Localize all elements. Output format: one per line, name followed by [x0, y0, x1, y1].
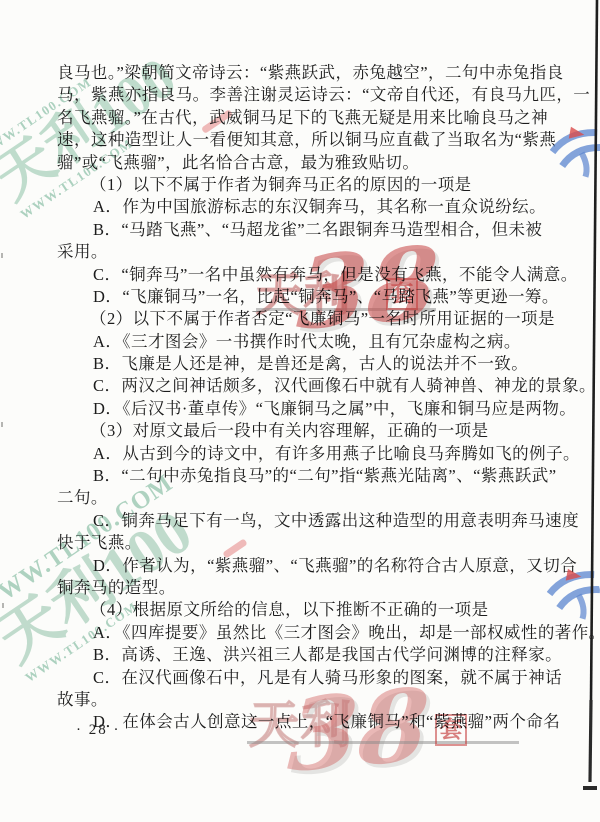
option-line: A．作为中国旅游标志的东汉铜奔马，其名称一直众说纷纭。 — [57, 196, 545, 218]
question-line: （4）根据原文所给的信息，以下推断不正确的一项是 — [57, 599, 545, 621]
page-number: · 28 · — [76, 722, 121, 739]
text-line: 采用。 — [57, 241, 545, 263]
text-line: 二句。 — [57, 487, 545, 509]
option-line: C．在汉代画像石中，凡是有人骑马形象的图案，就不属于神话 — [57, 667, 545, 689]
question-line: （2）以下不属于作者否定“飞廉铜马”一名时所用证据的一项是 — [57, 308, 545, 330]
text-line: 铜奔马的造型。 — [57, 577, 545, 599]
text-line: 名飞燕骝。”在古代，武威铜马足下的飞燕无疑是用来比喻良马之神 — [57, 107, 545, 129]
option-line: D．作者认为，“紫燕骝”、“飞燕骝”的名称符合古人原意，又切合 — [57, 555, 545, 577]
text-line: 快于飞燕。 — [57, 532, 545, 554]
option-line: B．“二句中赤兔指良马”的“二句”指“紫燕光陆离”、“紫燕跃武” — [57, 465, 545, 487]
scan-speck — [2, 603, 4, 608]
option-line: C．“铜奔马”一名中虽然有奔马，但是没有飞燕，不能令人满意。 — [57, 264, 545, 286]
text-line: 速，这种造型让人一看便知其意，所以铜马应直截了当取名为“紫燕 — [57, 129, 545, 151]
tianli-corner-logo-icon — [541, 557, 600, 630]
text-line: 故事。 — [57, 689, 545, 711]
option-line: B．“马踏飞燕”、“马超龙雀”二名跟铜奔马造型相合，但未被 — [57, 219, 545, 241]
tianli-corner-logo-icon — [544, 115, 600, 188]
option-line: D．“飞廉铜马”一名，比起“铜奔马”、“马踏飞燕”等更逊一筹。 — [57, 286, 545, 308]
option-line: A．从古到今的诗文中，有许多用燕子比喻良马奔腾如飞的例子。 — [57, 443, 545, 465]
option-line: C．铜奔马足下有一鸟，文中透露出这种造型的用意表明奔马速度 — [57, 510, 545, 532]
question-line: （3）对原文最后一段中有关内容理解，正确的一项是 — [57, 420, 545, 442]
option-line: A．《三才图会》一书撰作时代太晚，且有冗杂虚构之病。 — [57, 331, 545, 353]
option-line: B．飞廉是人还是神，是兽还是禽，古人的说法并不一致。 — [57, 353, 545, 375]
scan-speck — [1, 253, 3, 258]
text-line: 骝”或“飞燕骝”，此名恰合古意，最为雅致贴切。 — [57, 152, 545, 174]
option-line: C．两汉之间神话颇多，汉代画像石中就有人骑神兽、神龙的景象。 — [57, 375, 545, 397]
document-text: 良马也。”梁朝简文帝诗云：“紫燕跃武，赤兔越空”，二句中赤兔指良 马，紫燕亦指良… — [57, 62, 545, 734]
scan-speck — [1, 422, 3, 427]
tianli38-underline — [247, 741, 519, 744]
question-line: （1）以下不属于作者为铜奔马正名的原因的一项是 — [57, 174, 545, 196]
option-line: D．在体会古人创意这一点上，“飞廉铜马”和“紫燕骝”两个命名 — [57, 711, 545, 733]
option-line: B．高诱、王逸、洪兴祖三人都是我国古代学问渊博的注释家。 — [57, 644, 545, 666]
text-line: 良马也。”梁朝简文帝诗云：“紫燕跃武，赤兔越空”，二句中赤兔指良 — [57, 62, 545, 84]
text-line: 马，紫燕亦指良马。李善注谢灵运诗云：“文帝自代还，有良马九匹，一 — [57, 84, 545, 106]
option-line: D．《后汉书·董卓传》“飞廉铜马之属”中，飞廉和铜马应是两物。 — [57, 398, 545, 420]
scanned-exam-page: WWW.TL100.COM 天利100 WWW.TL100.COM WWW.TL… — [0, 0, 600, 822]
option-line: A．《四库提要》虽然比《三才图会》晚出，却是一部权威性的著作。 — [57, 622, 545, 644]
